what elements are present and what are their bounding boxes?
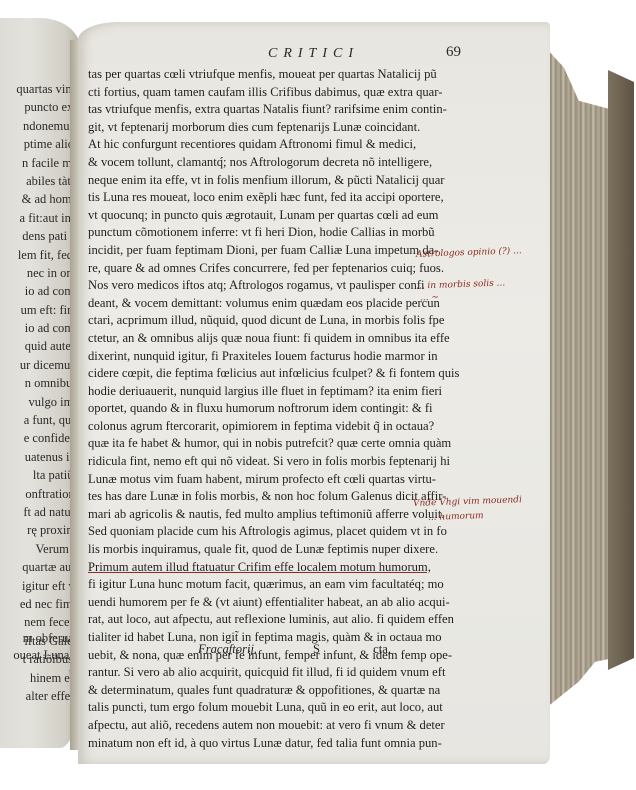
- text-line: quartas vim ha: [0, 80, 80, 98]
- text-line: nem fecerint,: [0, 613, 80, 631]
- text-line: minatum non eft id, à quo virtus Lunæ da…: [88, 735, 393, 753]
- text-line: um eft: fimpli: [0, 301, 80, 319]
- text-line: io ad commu: [0, 282, 80, 300]
- text-line: rantur. Si vero ab alio acquirit, quicqu…: [88, 664, 393, 682]
- text-line: rat, aut loco, aut afpectu, aut reflexio…: [88, 611, 393, 629]
- text-line: rę proximio-: [0, 521, 80, 539]
- text-line: ndonemus ob: [0, 117, 80, 135]
- page-number: 69: [446, 44, 461, 61]
- text-line: ft ad naturam: [0, 503, 80, 521]
- text-line: m obferuatio: [0, 630, 80, 647]
- text-line: a fit:aut in qui: [0, 209, 80, 227]
- text-line: & ad hominẽ,: [0, 190, 80, 208]
- text-line: dixerint, nunquid igitur, fi Praxiteles …: [88, 348, 393, 366]
- text-line: ?: [0, 705, 80, 723]
- text-line: puncto exifte: [0, 98, 80, 116]
- text-line: ed nec fimpli-: [0, 595, 80, 613]
- text-line: At hic confurgunt recentiores quidam Aft…: [88, 136, 393, 154]
- text-line: nec in omni-: [0, 264, 80, 282]
- text-line: re, quare & ad omnes Crifes concurrere, …: [88, 260, 393, 278]
- text-line: quæ ita fe habet & humor, qui in nobis p…: [88, 435, 393, 453]
- text-line: vt quocunq; in puncto quis ægrotauit, Lu…: [88, 207, 393, 225]
- page-footer: Fracaftorij. S cta,: [88, 642, 393, 662]
- right-page: CRITICI 69 tas per quartas cœli vtriufqu…: [78, 22, 550, 764]
- text-line: vulgo impof: [0, 393, 80, 411]
- text-line: ctetur, an & omnibus alijs quæ noua fiun…: [88, 330, 393, 348]
- text-line: uatenus in il-: [0, 448, 80, 466]
- text-line: Nos vero medicos iftos atq; Aftrologos r…: [88, 277, 393, 295]
- catchword: cta,: [373, 642, 391, 657]
- text-line: a funt, quartę: [0, 411, 80, 429]
- text-line: talis puncti, tum ergo folum mouebit Lun…: [88, 699, 393, 717]
- text-line: abiles tàtum,: [0, 172, 80, 190]
- text-line: dens pati pof.: [0, 227, 80, 245]
- marginal-annotation: ... humorum: [428, 511, 484, 523]
- text-line: tis Luna res moueat, loco enim exẽpli hæ…: [88, 189, 393, 207]
- text-line: incidit, per fuam feptimam Dioni, per fu…: [88, 242, 393, 260]
- text-line: ptime alioqui: [0, 135, 80, 153]
- text-line: colonus agrum ftercorarit, opimiorem in …: [88, 418, 393, 436]
- running-footer-author: Fracaftorij.: [198, 642, 257, 657]
- text-line: lis morbis inquiramus, quale fit, quod d…: [88, 541, 393, 559]
- text-line: tius: [0, 664, 80, 681]
- text-line: mari ab agricolis & nautis, fed multo am…: [88, 506, 393, 524]
- text-line: punctum cõmotionem inferre: vt fi heri D…: [88, 224, 393, 242]
- text-line: neque enim ita effe, vt in folis menfium…: [88, 172, 393, 190]
- text-line: ctari, acprimum illud, nũquid, quod dicu…: [88, 312, 393, 330]
- text-line: & determinatum, quales funt quadraturæ &…: [88, 682, 393, 700]
- text-line: onftrationem: [0, 485, 80, 503]
- text-line: lta patiũtur,: [0, 466, 80, 484]
- text-line: n omnibus &: [0, 374, 80, 392]
- text-line: cti fortius, quam tamen caufam illis Cri…: [88, 84, 393, 102]
- text-line: afpectu, aut aliõ, recedens autem non mo…: [88, 717, 393, 735]
- text-line: cidere cœpit, die feptima fœlicius aut i…: [88, 365, 393, 383]
- text-line: & vocem tollunt, clamantq́; nos Aftrolog…: [88, 154, 393, 172]
- text-line: Verum hoc: [0, 540, 80, 558]
- text-line: Sed quoniam placide cum his Aftrologis a…: [88, 523, 393, 541]
- text-line: n facile manu: [0, 154, 80, 172]
- text-line: hodie deriuauerit, nunquid largius ille …: [88, 383, 393, 401]
- book-cover-edge: [608, 70, 634, 670]
- left-page: quartas vim hapuncto exiftendonemus obpt…: [0, 18, 80, 748]
- text-line: e confideran-: [0, 429, 80, 447]
- marginal-annotation: ... ~: [420, 293, 439, 304]
- text-line: Primum autem illud ftatuatur Crifim effe…: [88, 559, 393, 577]
- text-line: ridicula fint, nemo eft qui nõ videat. S…: [88, 453, 393, 471]
- text-line: quid autem p: [0, 337, 80, 355]
- text-line: git, vt feptenarij morborum dies cum fep…: [88, 119, 393, 137]
- signature-mark: S: [313, 642, 320, 657]
- text-line: lem fit, fed ra-: [0, 246, 80, 264]
- text-line: igitur eft vide: [0, 577, 80, 595]
- text-line: alter effe pof: [0, 687, 80, 705]
- text-line: oueat Luna for: [0, 647, 80, 664]
- text-line: tas vtriufque menfis, extra quartas Nata…: [88, 101, 393, 119]
- text-line: tas per quartas cœli vtriufque menfis, m…: [88, 66, 393, 84]
- left-page-text: quartas vim hapuncto exiftendonemus obpt…: [0, 80, 80, 724]
- text-line: oportet, quando & in fluxu humorum noftr…: [88, 400, 393, 418]
- text-line: deant, & vocem demittant: volumus enim q…: [88, 295, 393, 313]
- text-line: Lunæ motus vim fuam habent, mirum profec…: [88, 471, 393, 489]
- running-head: CRITICI: [268, 46, 359, 62]
- text-line: quartæ autem: [0, 558, 80, 576]
- text-line: tes has dare Lunæ in folis morbis, & non…: [88, 488, 393, 506]
- left-page-tail-text: m obferuatiooueat Luna fortius: [0, 630, 80, 681]
- text-line: ur dicemus de: [0, 356, 80, 374]
- marginal-annotation: ... in morbis solis ...: [416, 278, 506, 291]
- text-line: io ad commu: [0, 319, 80, 337]
- text-line: fi igitur Luna hunc motum facit, quærimu…: [88, 576, 393, 594]
- text-line: uendi humorem per fe & (vt aiunt) effent…: [88, 594, 393, 612]
